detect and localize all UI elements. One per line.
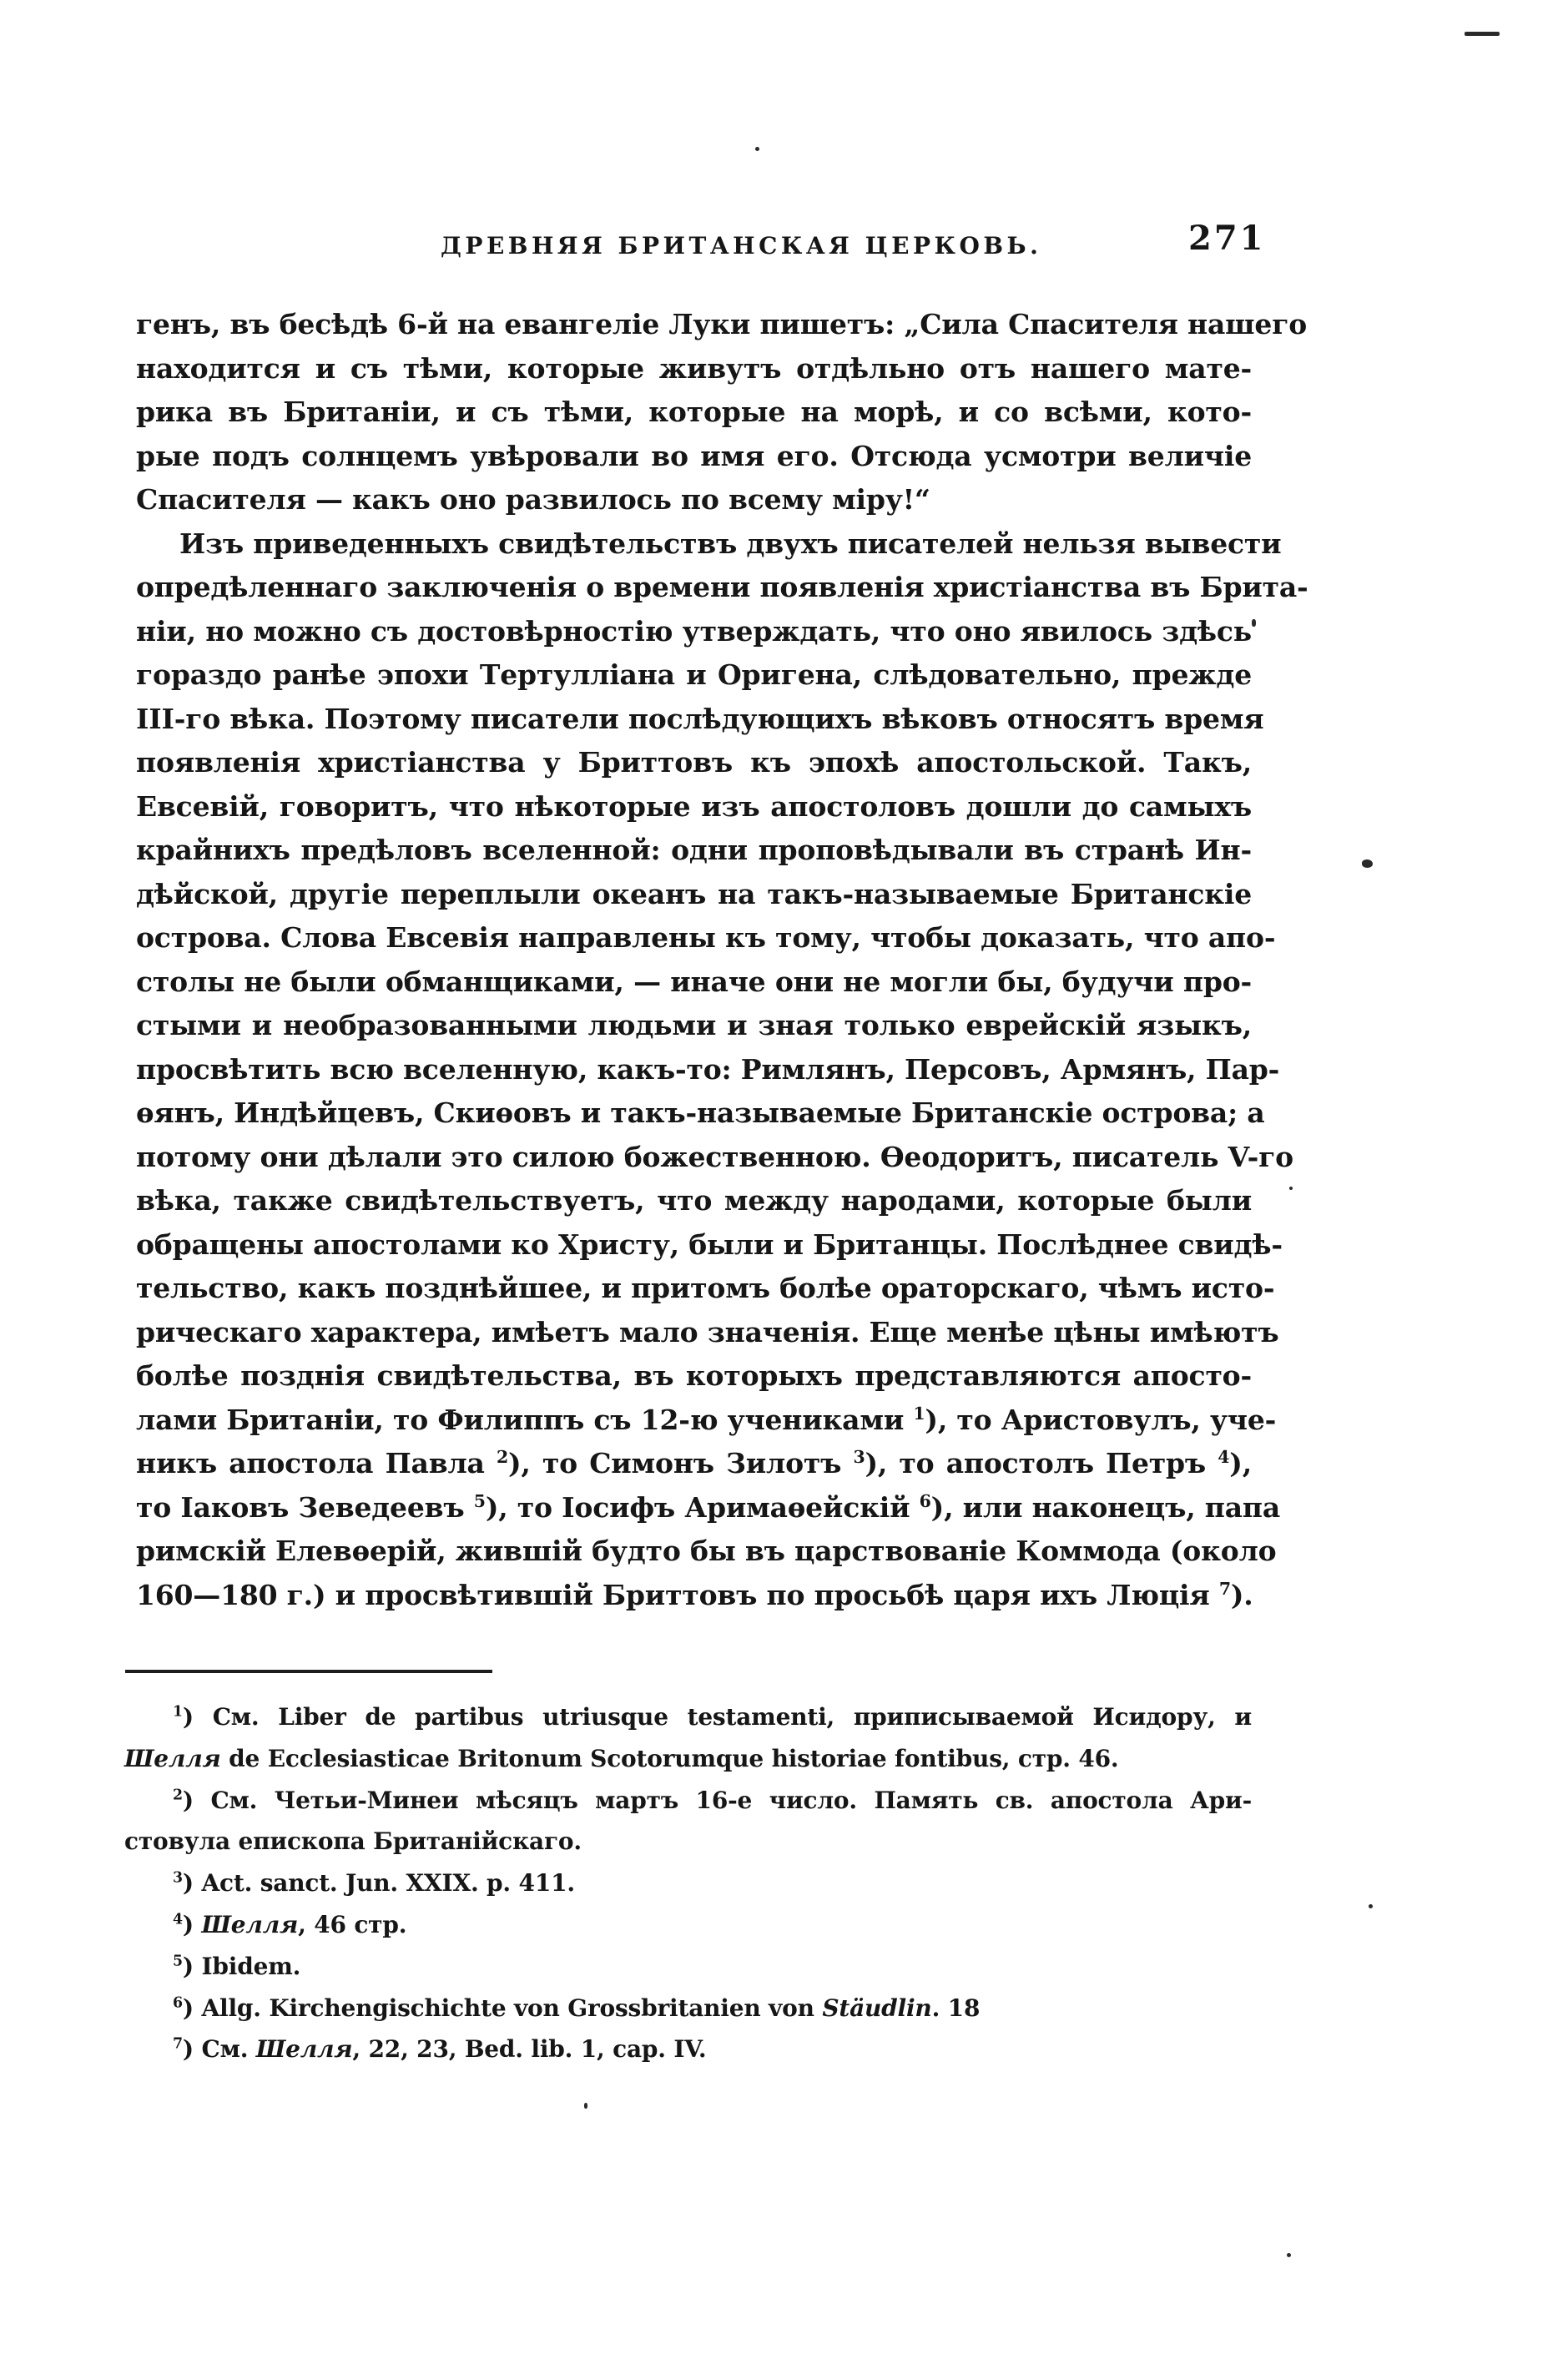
footnote-ref: 3 <box>173 1870 183 1887</box>
footnote-item: 1) См. Liber de partibus utriusque testa… <box>124 1696 1252 1780</box>
text-line: III-го вѣка. Поэтому писатели послѣдующи… <box>136 698 1252 742</box>
scan-speck <box>1252 619 1256 627</box>
text-line: столы не были обманщиками, — иначе они н… <box>136 960 1252 1005</box>
footnote-line: 2) См. Четьи-Минеи мѣсяцъ мартъ 16-е чис… <box>124 1780 1252 1822</box>
text-line: крайнихъ предѣловъ вселенной: одни пропо… <box>136 829 1252 873</box>
text-line: ѳянъ, Индѣйцевъ, Скиѳовъ и такъ-называем… <box>136 1091 1252 1136</box>
text-line: тельство, какъ позднѣйшее, и притомъ бол… <box>136 1267 1252 1311</box>
footnote-line: 7) См. Шелля, 22, 23, Bed. lib. 1, cap. … <box>124 2029 1252 2070</box>
footnotes: 1) См. Liber de partibus utriusque testa… <box>124 1696 1252 2070</box>
text-line: Евсевій, говоритъ, что нѣкоторые изъ апо… <box>136 785 1252 829</box>
footnote-ref: 6 <box>173 1994 183 2011</box>
text-line: опредѣленнаго заключенія о времени появл… <box>136 566 1252 610</box>
text-line: Спасителя — какъ оно развилось по всему … <box>136 478 1252 522</box>
footnote-item: 6) Allg. Kirchengischichte von Grossbrit… <box>124 1988 1252 2029</box>
scan-speck <box>755 147 759 151</box>
footnote-ref: 5 <box>474 1491 486 1511</box>
text-line: 160—180 г.) и просвѣтившій Бриттовъ по п… <box>136 1574 1252 1618</box>
footnote-ref: 5 <box>173 1953 183 1969</box>
footnote-item: 2) См. Четьи-Минеи мѣсяцъ мартъ 16-е чис… <box>124 1780 1252 1863</box>
footnote-line: 1) См. Liber de partibus utriusque testa… <box>124 1696 1252 1738</box>
text-line: обращены апостолами ко Христу, были и Бр… <box>136 1223 1252 1268</box>
text-line: острова. Слова Евсевія направлены къ том… <box>136 916 1252 960</box>
footnote-line: 5) Ibidem. <box>124 1946 1252 1988</box>
footnote-item: 4) Шелля, 46 стр. <box>124 1904 1252 1946</box>
text-line: то Іаковъ Зеведеевъ 5), то Іосифъ Аримаѳ… <box>136 1486 1252 1530</box>
text-line: Изъ приведенныхъ свидѣтельствъ двухъ пис… <box>136 522 1252 567</box>
text-line: появленія христіанства у Бриттовъ къ эпо… <box>136 741 1252 785</box>
running-header-title: ДРЕВНЯЯ БРИТАНСКАЯ ЦЕРКОВЬ. <box>441 232 1041 260</box>
scan-speck <box>584 2103 587 2109</box>
text-line: дѣйской, другіе переплыли океанъ на такъ… <box>136 873 1252 917</box>
scan-speck <box>1289 1187 1293 1190</box>
scan-speck <box>1465 32 1500 36</box>
text-line: ніи, но можно съ достовѣрностію утвержда… <box>136 610 1252 654</box>
footnote-item: 7) См. Шелля, 22, 23, Bed. lib. 1, cap. … <box>124 2029 1252 2070</box>
footnote-line: 6) Allg. Kirchengischichte von Grossbrit… <box>124 1988 1252 2029</box>
footnote-ref: 7 <box>1219 1579 1231 1599</box>
page-number: 271 <box>1188 219 1266 258</box>
body-text: генъ, въ бесѣдѣ 6-й на евангеліе Луки пи… <box>136 303 1252 1617</box>
text-line: рическаго характера, имѣетъ мало значені… <box>136 1311 1252 1355</box>
book-page: ДРЕВНЯЯ БРИТАНСКАЯ ЦЕРКОВЬ. 271 генъ, въ… <box>0 0 1568 2364</box>
footnote-ref: 6 <box>920 1491 931 1511</box>
scan-speck <box>1362 859 1373 868</box>
footnote-divider <box>125 1670 492 1673</box>
footnote-ref: 7 <box>173 2036 183 2053</box>
footnote-item: 5) Ibidem. <box>124 1946 1252 1988</box>
footnote-line: Шелля de Ecclesiasticae Britonum Scotoru… <box>124 1738 1252 1780</box>
text-line: потому они дѣлали это силою божественною… <box>136 1136 1252 1180</box>
footnote-ref: 2 <box>173 1787 183 1803</box>
text-line: болѣе позднія свидѣтельства, въ которыхъ… <box>136 1354 1252 1399</box>
text-line: генъ, въ бесѣдѣ 6-й на евангеліе Луки пи… <box>136 303 1252 347</box>
scan-speck <box>1369 1904 1373 1908</box>
footnote-ref: 1 <box>913 1404 925 1424</box>
text-line: вѣка, также свидѣтельствуетъ, что между … <box>136 1179 1252 1223</box>
text-line: гораздо ранѣе эпохи Тертулліана и Ориген… <box>136 653 1252 698</box>
text-line: лами Британіи, то Филиппъ съ 12-ю ученик… <box>136 1399 1252 1443</box>
text-line: просвѣтить всю вселенную, какъ-то: Римля… <box>136 1048 1252 1092</box>
footnote-item: 3) Act. sanct. Jun. XXIX. p. 411. <box>124 1862 1252 1904</box>
text-line: рика въ Британіи, и съ тѣми, которые на … <box>136 391 1252 435</box>
footnote-line: стовула епископа Британійскаго. <box>124 1821 1252 1862</box>
footnote-ref: 4 <box>1218 1447 1229 1467</box>
text-line: стыми и необразованными людьми и зная то… <box>136 1004 1252 1048</box>
footnote-line: 4) Шелля, 46 стр. <box>124 1904 1252 1946</box>
text-line: рые подъ солнцемъ увѣровали во имя его. … <box>136 435 1252 479</box>
scan-speck <box>1287 2253 1291 2257</box>
text-line: никъ апостола Павла 2), то Симонъ Зилотъ… <box>136 1442 1252 1486</box>
footnote-ref: 1 <box>173 1704 183 1721</box>
footnote-ref: 2 <box>497 1447 508 1467</box>
text-line: римскій Елевѳерій, жившій будто бы въ ца… <box>136 1530 1252 1574</box>
text-line: находится и съ тѣми, которые живутъ отдѣ… <box>136 347 1252 391</box>
footnote-ref: 3 <box>853 1447 865 1467</box>
footnote-ref: 4 <box>173 1912 183 1928</box>
footnote-line: 3) Act. sanct. Jun. XXIX. p. 411. <box>124 1862 1252 1904</box>
